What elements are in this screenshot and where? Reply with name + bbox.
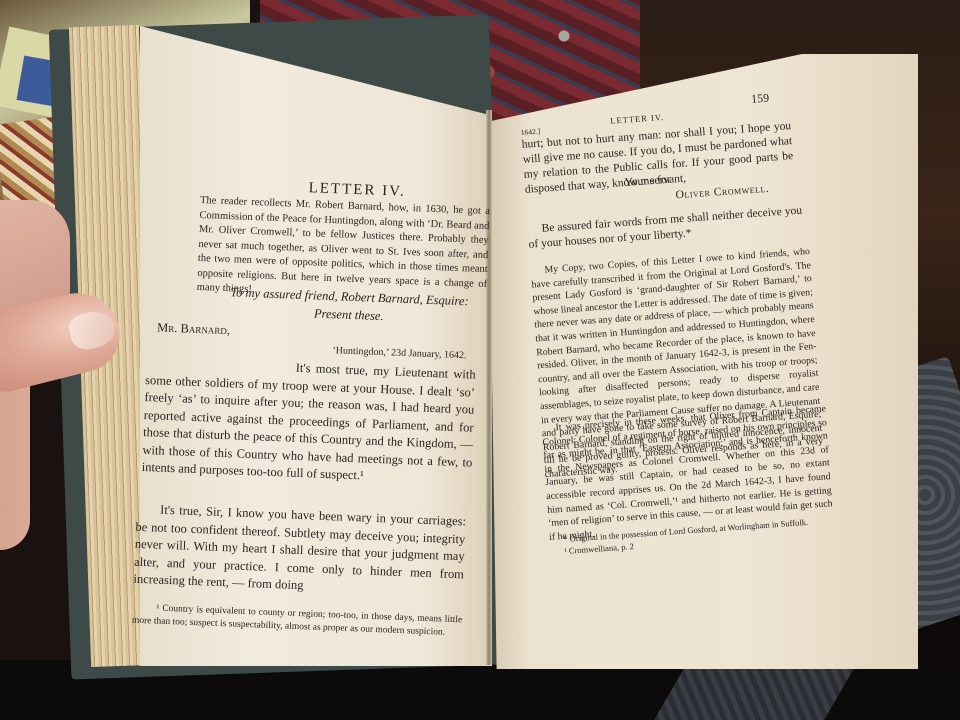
continuation-text: hurt; but not to hurt any man: nor shall…: [521, 120, 792, 181]
salutation: Mr. Barnard,: [157, 320, 230, 338]
postscript: Be assured fair words from me shall neit…: [527, 204, 803, 253]
dateline: ‘Huntingdon,’ 23d January, 1642.: [332, 345, 466, 361]
letter-body-paragraph-1: It's most true, my Lieutenant with some …: [141, 354, 475, 489]
left-page-text: LETTER IV. The reader recollects Mr. Rob…: [134, 150, 500, 583]
page-number: 159: [751, 91, 770, 107]
embossed-cover-bottom: [654, 665, 856, 720]
right-page-text: 159 LETTER IV. 1642.] hurt; but not to h…: [520, 99, 851, 569]
running-head: LETTER IV.: [610, 112, 664, 126]
photo-scene: LETTER IV. The reader recollects Mr. Rob…: [0, 0, 960, 720]
running-year: 1642.]: [521, 127, 541, 137]
letter-body-paragraph-2: It's true, Sir, I know you have been war…: [133, 501, 466, 601]
